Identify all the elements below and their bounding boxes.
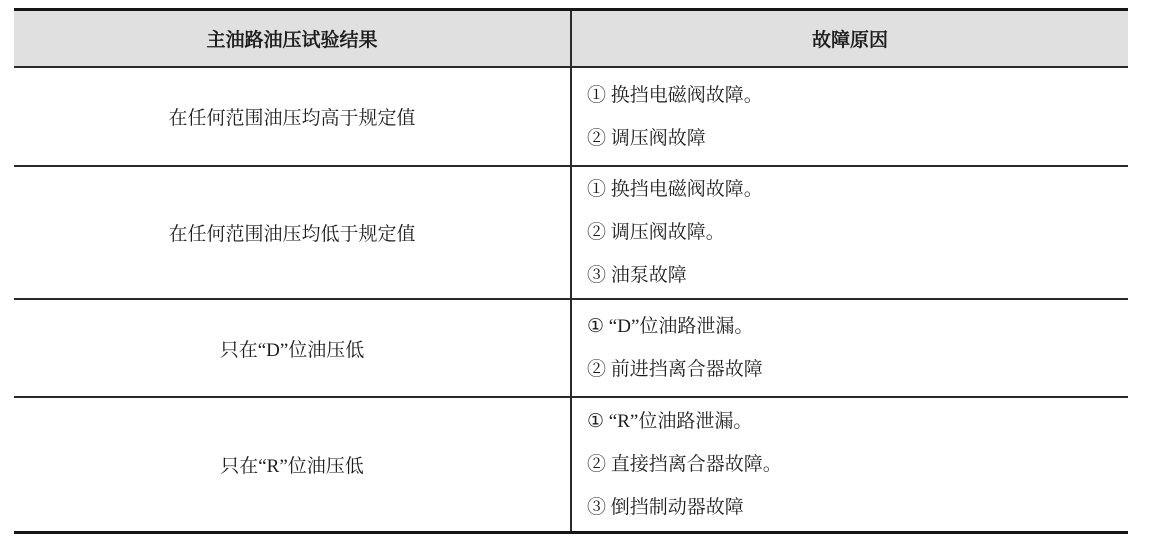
cause-item: ① 换挡电磁阀故障。 — [587, 74, 1128, 117]
fault-cause-cell: ① 换挡电磁阀故障。 ② 调压阀故障 — [571, 67, 1128, 166]
cause-item: ② 直接挡离合器故障。 — [587, 443, 1128, 486]
cause-item: ① “D”位油路泄漏。 — [587, 305, 1128, 348]
table-row: 只在“R”位油压低 ① “R”位油路泄漏。 ② 直接挡离合器故障。 ③ 倒挡制动… — [14, 397, 1128, 533]
column-header-test-result: 主油路油压试验结果 — [14, 10, 571, 68]
table-header-row: 主油路油压试验结果 故障原因 — [14, 10, 1128, 68]
fault-cause-cell: ① “R”位油路泄漏。 ② 直接挡离合器故障。 ③ 倒挡制动器故障 — [571, 397, 1128, 533]
cause-item: ① “R”位油路泄漏。 — [587, 400, 1128, 443]
fault-cause-cell: ① “D”位油路泄漏。 ② 前进挡离合器故障 — [571, 299, 1128, 397]
test-result-cell: 只在“D”位油压低 — [14, 299, 571, 397]
cause-item: ② 调压阀故障。 — [587, 211, 1128, 254]
oil-pressure-fault-table: 主油路油压试验结果 故障原因 在任何范围油压均高于规定值 ① 换挡电磁阀故障。 … — [14, 8, 1128, 534]
document-page: 主油路油压试验结果 故障原因 在任何范围油压均高于规定值 ① 换挡电磁阀故障。 … — [0, 0, 1152, 555]
table-row: 只在“D”位油压低 ① “D”位油路泄漏。 ② 前进挡离合器故障 — [14, 299, 1128, 397]
test-result-cell: 只在“R”位油压低 — [14, 397, 571, 533]
fault-cause-cell: ① 换挡电磁阀故障。 ② 调压阀故障。 ③ 油泵故障 — [571, 166, 1128, 299]
table-row: 在任何范围油压均低于规定值 ① 换挡电磁阀故障。 ② 调压阀故障。 ③ 油泵故障 — [14, 166, 1128, 299]
cause-item: ② 调压阀故障 — [587, 117, 1128, 160]
column-header-fault-cause: 故障原因 — [571, 10, 1128, 68]
test-result-cell: 在任何范围油压均低于规定值 — [14, 166, 571, 299]
cause-item: ② 前进挡离合器故障 — [587, 348, 1128, 391]
cause-item: ③ 油泵故障 — [587, 254, 1128, 297]
table-row: 在任何范围油压均高于规定值 ① 换挡电磁阀故障。 ② 调压阀故障 — [14, 67, 1128, 166]
test-result-cell: 在任何范围油压均高于规定值 — [14, 67, 571, 166]
cause-item: ③ 倒挡制动器故障 — [587, 486, 1128, 529]
cause-item: ① 换挡电磁阀故障。 — [587, 168, 1128, 211]
